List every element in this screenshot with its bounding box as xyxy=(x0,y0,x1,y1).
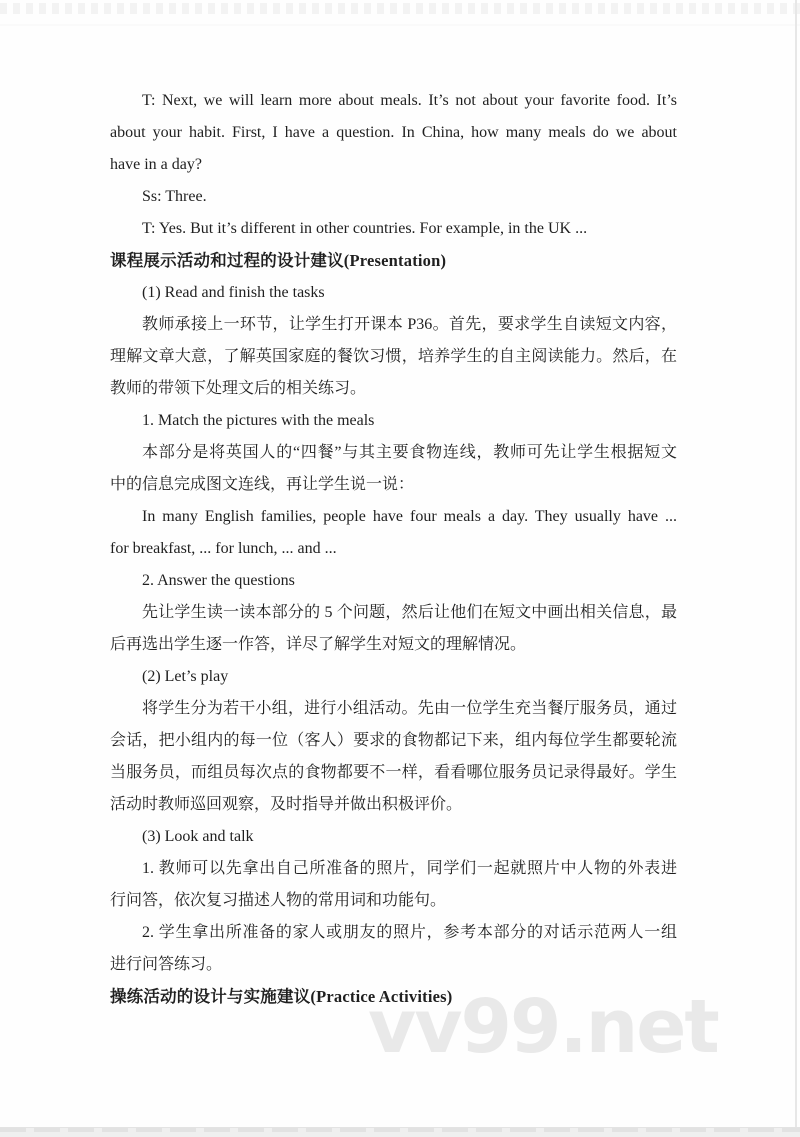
watermark-text: vv99.net xyxy=(368,990,718,1064)
text-line: have in a day? xyxy=(110,149,677,181)
text-line: 行问答，依次复习描述人物的常用词和功能句。 xyxy=(110,885,677,917)
text-line: In many English families, people have fo… xyxy=(110,501,677,533)
text-line: T: Next, we will learn more about meals.… xyxy=(110,85,677,117)
text-line: 本部分是将英国人的“四餐”与其主要食物连线，教师可先让学生根据短文 xyxy=(110,437,677,469)
text-line: (1) Read and finish the tasks xyxy=(110,277,677,309)
text-line: 后再选出学生逐一作答，详尽了解学生对短文的理解情况。 xyxy=(110,629,677,661)
section-heading: 课程展示活动和过程的设计建议(Presentation) xyxy=(110,245,677,277)
text-line: 进行问答练习。 xyxy=(110,949,677,981)
text-line: 当服务员，而组员每次点的食物都要不一样，看看哪位服务员记录得最好。学生 xyxy=(110,757,677,789)
text-line: 先让学生读一读本部分的 5 个问题，然后让他们在短文中画出相关信息，最 xyxy=(110,597,677,629)
text-line: 将学生分为若干小组，进行小组活动。先由一位学生充当餐厅服务员，通过 xyxy=(110,693,677,725)
text-line: about your habit. First, I have a questi… xyxy=(110,117,677,149)
page-right-edge xyxy=(795,0,797,1137)
text-line: T: Yes. But it’s different in other coun… xyxy=(110,213,677,245)
document-page: T: Next, we will learn more about meals.… xyxy=(0,0,800,1137)
document-text-block: T: Next, we will learn more about meals.… xyxy=(110,85,677,1013)
text-line: 教师承接上一环节，让学生打开课本 P36。首先，要求学生自读短文内容， xyxy=(110,309,677,341)
text-line: for breakfast, ... for lunch, ... and ..… xyxy=(110,533,677,565)
text-line: 理解文章大意，了解英国家庭的餐饮习惯，培养学生的自主阅读能力。然后，在 xyxy=(110,341,677,373)
text-line: 中的信息完成图文连线，再让学生说一说： xyxy=(110,469,677,501)
text-line: 2. 学生拿出所准备的家人或朋友的照片，参考本部分的对话示范两人一组 xyxy=(110,917,677,949)
page-bottom-dashes-artifact xyxy=(0,1128,800,1132)
text-line: Ss: Three. xyxy=(110,181,677,213)
text-line: 2. Answer the questions xyxy=(110,565,677,597)
text-line: 会话，把小组内的每一位（客人）要求的食物都记下来，组内每位学生都要轮流 xyxy=(110,725,677,757)
page-top-perforation-artifact xyxy=(0,3,800,14)
text-line: 1. Match the pictures with the meals xyxy=(110,405,677,437)
text-line: 1. 教师可以先拿出自己所准备的照片，同学们一起就照片中人物的外表进 xyxy=(110,853,677,885)
page-bottom-edge xyxy=(0,1127,800,1137)
text-line: (3) Look and talk xyxy=(110,821,677,853)
text-line: 教师的带领下处理文后的相关练习。 xyxy=(110,373,677,405)
text-line: 活动时教师巡回观察，及时指导并做出积极评价。 xyxy=(110,789,677,821)
page-top-faint-rule xyxy=(0,24,800,26)
text-line: (2) Let’s play xyxy=(110,661,677,693)
